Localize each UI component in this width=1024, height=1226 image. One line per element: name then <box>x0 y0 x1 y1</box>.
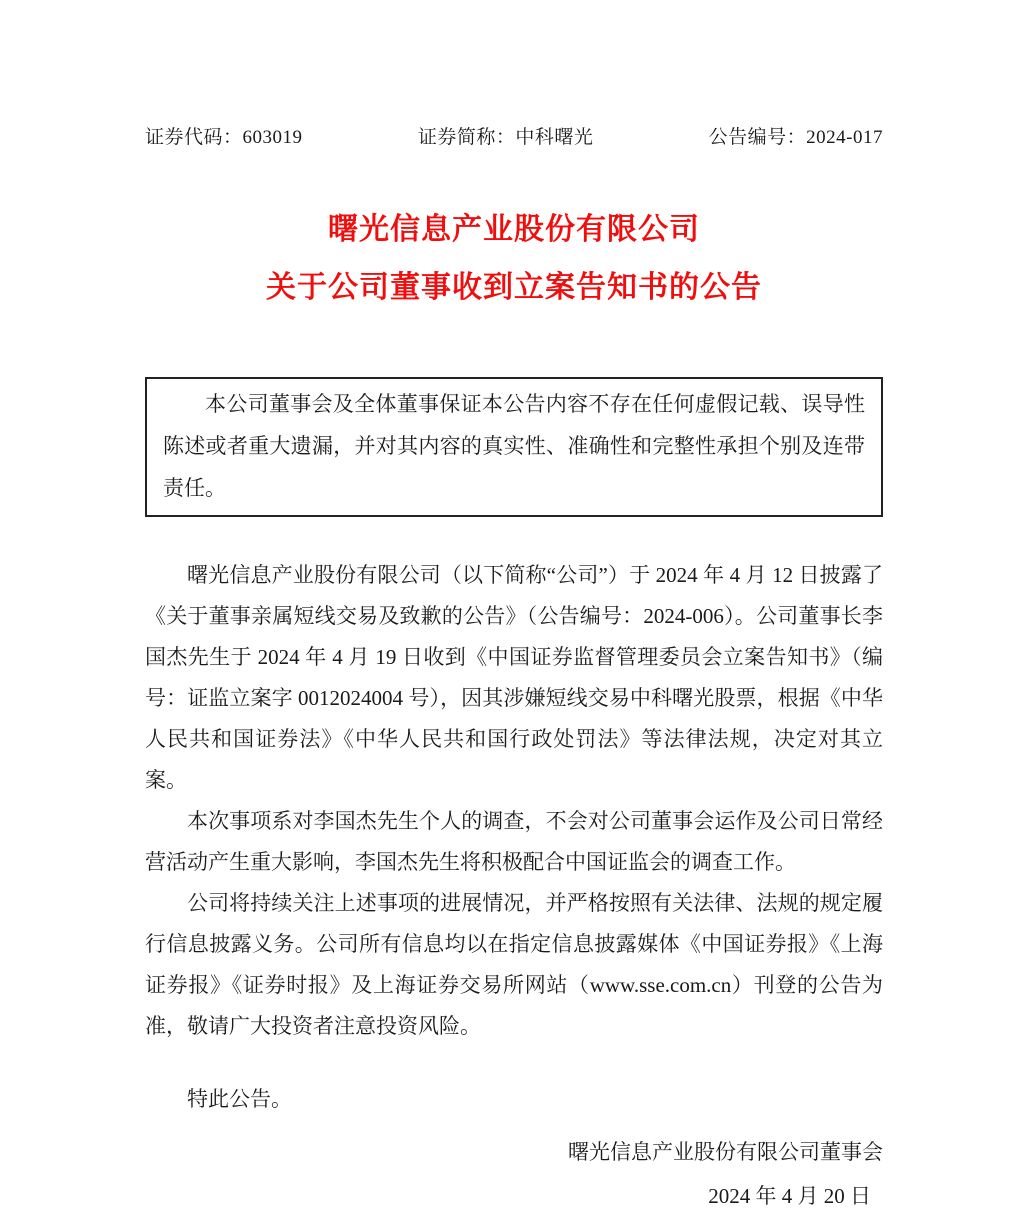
board-statement-text: 本公司董事会及全体董事保证本公告内容不存在任何虚假记载、误导性陈述或者重大遗漏，… <box>163 383 865 509</box>
announcement-document: 证券代码：603019 证券简称：中科曙光 公告编号：2024-017 曙光信息… <box>0 0 1024 1226</box>
stock-name: 证券简称：中科曙光 <box>418 122 594 149</box>
stock-code: 证券代码：603019 <box>145 122 303 149</box>
signature-block: 曙光信息产业股份有限公司董事会 2024 年 4 月 20 日 <box>145 1130 883 1218</box>
title-block: 曙光信息产业股份有限公司 关于公司董事收到立案告知书的公告 <box>145 201 883 317</box>
signature-company: 曙光信息产业股份有限公司董事会 <box>145 1130 883 1174</box>
closing-line: 特此公告。 <box>145 1079 883 1120</box>
signature-date: 2024 年 4 月 20 日 <box>145 1174 883 1218</box>
body-paragraph: 公司将持续关注上述事项的进展情况，并严格按照有关法律、法规的规定履行信息披露义务… <box>145 883 883 1047</box>
document-body: 曙光信息产业股份有限公司（以下简称“公司”）于 2024 年 4 月 12 日披… <box>145 555 883 1120</box>
body-paragraph: 曙光信息产业股份有限公司（以下简称“公司”）于 2024 年 4 月 12 日披… <box>145 555 883 801</box>
announcement-number: 公告编号：2024-017 <box>709 122 883 149</box>
body-paragraph: 本次事项系对李国杰先生个人的调查，不会对公司董事会运作及公司日常经营活动产生重大… <box>145 801 883 883</box>
company-name-title: 曙光信息产业股份有限公司 <box>145 201 883 259</box>
announcement-title: 关于公司董事收到立案告知书的公告 <box>145 259 883 317</box>
board-statement-box: 本公司董事会及全体董事保证本公告内容不存在任何虚假记载、误导性陈述或者重大遗漏，… <box>145 377 883 517</box>
document-header: 证券代码：603019 证券简称：中科曙光 公告编号：2024-017 <box>145 122 883 149</box>
